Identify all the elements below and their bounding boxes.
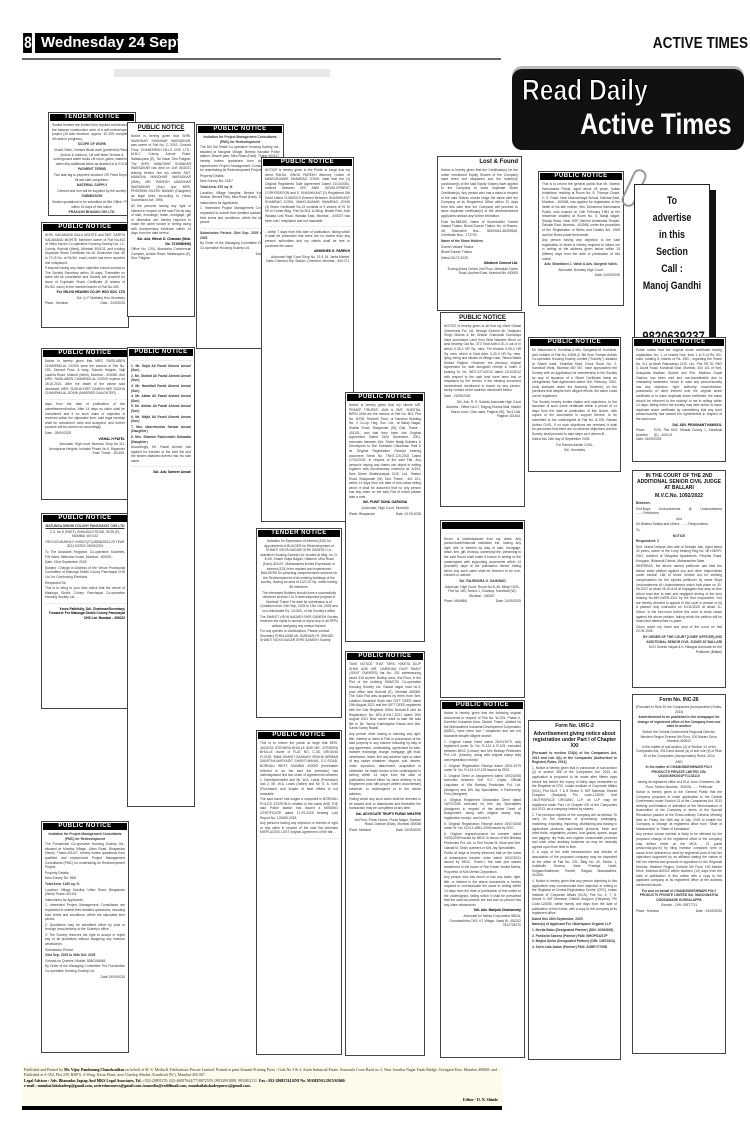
tender-notice-shanti: TENDER NOTICE Invitation for Expression … (256, 528, 342, 718)
public-notice-urc2: Form No. URC-2 Advertisement giving noti… (528, 720, 621, 1060)
notice-heading: TENDER NOTICE (258, 530, 340, 537)
editor-credit: Editor - D. N. Shinde (463, 1098, 498, 1103)
notice-heading: PUBLIC NOTICE (198, 126, 282, 133)
notice-heading: PUBLIC NOTICE (347, 653, 423, 660)
banner-line-1: Read Daily (522, 75, 648, 107)
public-notice-kumbhal: PUBLIC NOTICE Mr. Mahendra K. Kumbhal & … (528, 337, 621, 472)
email-list: e-mail : mumbai.lakshadeep@gmail.com, ac… (24, 1084, 251, 1088)
public-notice-pulluk: PUBLIC NOTICE This is to inform the gene… (538, 171, 624, 306)
court-notice-ballari: IN THE COURT OF THE 2ND ADDITIONAL SENIO… (632, 470, 726, 688)
advertise-card: To advertise in this Section Call : Mano… (634, 184, 710, 357)
public-notice-ansari: PUBLIC NOTICE ..........................… (127, 347, 195, 807)
public-notice-waradkar: PUBLIC NOTICE Notice is hereby given tha… (127, 122, 195, 317)
public-notice-doshi: PUBLIC NOTICE Notice is hereby given tha… (41, 348, 129, 500)
notice-heading: PUBLIC NOTICE (530, 339, 619, 346)
notice-heading: PUBLIC NOTICE (347, 394, 423, 401)
notice-heading (442, 522, 523, 529)
notice-heading: Form No. URC-2 (532, 723, 617, 729)
notice-heading: PUBLIC NOTICE (258, 732, 340, 739)
public-notice-purnamilan: PUBLIC NOTICE Invitation for Project Man… (41, 821, 129, 1053)
footer-rule (22, 1106, 502, 1110)
public-notice-solanki: PUBLIC NOTICE NOTICE is hereby given to … (440, 312, 525, 507)
notice-heading: PUBLIC NOTICE (263, 159, 352, 166)
paper-name: ACTIVE TIMES (653, 35, 748, 53)
issue-date: Wednesday 24 September 2025 (35, 33, 178, 53)
public-notice-panchal: PUBLIC NOTICE Notice is hereby given tha… (345, 392, 425, 642)
banner-line-2: Active Times (581, 109, 732, 141)
read-daily-banner: Read Daily Active Times (512, 69, 744, 150)
public-notice-gadma: PUBLIC NOTICE Public notice that the ori… (632, 337, 726, 462)
public-notice-bhulle: PUBLIC NOTICE This is to inform the publ… (256, 730, 342, 1055)
public-notice-gaikwad: ........................................… (440, 520, 525, 698)
notice-heading: PUBLIC NOTICE (129, 349, 193, 356)
rni-number: RNI No. MAHENG/2015/63060. (292, 1079, 345, 1083)
notice-heading: PUBLIC NOTICE (444, 315, 521, 322)
notice-heading: TENDER NOTICE (50, 114, 134, 121)
notice-heading: PUBLIC NOTICE (43, 515, 127, 522)
tender-notice-prakash: TENDER NOTICE Sealed tenders are invited… (48, 112, 136, 216)
notice-heading: PUBLIC NOTICE (540, 173, 622, 180)
notice-heading: PUBLIC NOTICE (634, 339, 724, 346)
notice-heading: PUBLIC NOTICE (43, 350, 127, 357)
publisher-name: Mr. Vijay Pandurang Chandwadkar (64, 1068, 124, 1072)
form-inc-26-notice: Form No. INC-26 [Pursuant to Rule 30 the… (632, 694, 726, 1054)
notice-heading: PUBLIC NOTICE (43, 224, 127, 231)
public-notice-shah: PUBLIC NOTICE TAKE NOTICE THAT "MRS. NIK… (345, 651, 425, 1056)
masthead: 8 Wednesday 24 September 2025 (22, 33, 502, 53)
public-notice-matunga: PUBLIC NOTICE MATUNGA SINDHI COLONY PANC… (41, 513, 129, 709)
public-notice-mohite: PUBLIC NOTICE SHRI. SADANAND BALU MOHITE… (41, 222, 129, 328)
page-number: 8 (23, 33, 32, 53)
public-notice-midc: PUBLIC NOTICE Notice is hereby given tha… (440, 700, 525, 1058)
notice-heading: Lost & Found (441, 159, 518, 166)
header-rule (22, 58, 501, 60)
imprint-footer: Published and Printed by Mr. Vijay Pandu… (22, 1066, 502, 1106)
grey-banner (114, 69, 330, 77)
lost-and-found-notice: Lost & Found Notice is hereby given that… (437, 156, 522, 311)
notice-heading: PUBLIC NOTICE (442, 702, 523, 709)
notice-heading: PUBLIC NOTICE (131, 125, 191, 132)
notice-heading: PUBLIC NOTICE (43, 823, 127, 830)
public-notice-joshi: PUBLIC NOTICE NOTICE is hereby given to … (261, 157, 354, 522)
